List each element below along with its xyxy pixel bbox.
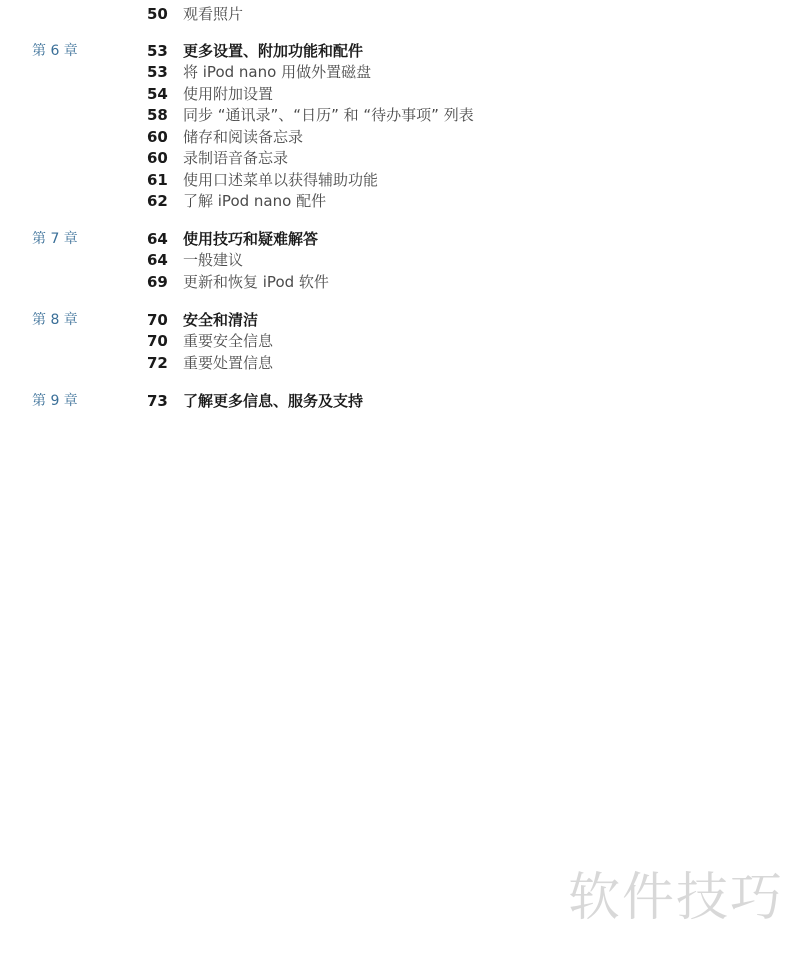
chapter-title[interactable]: 使用技巧和疑难解答: [183, 228, 318, 250]
page-number: 69: [147, 271, 168, 293]
page-number: 61: [147, 169, 168, 191]
chapter-label: 第 9 章: [32, 390, 78, 412]
chapter-label: 第 7 章: [32, 228, 78, 250]
page-number: 54: [147, 83, 168, 105]
chapter-title[interactable]: 更多设置、附加功能和配件: [183, 40, 363, 62]
page-number: 62: [147, 190, 168, 212]
entry-title[interactable]: 更新和恢复 iPod 软件: [183, 271, 329, 293]
entry-title[interactable]: 录制语音备忘录: [183, 147, 288, 169]
entry-title[interactable]: 同步 “通讯录”、“日历” 和 “待办事项” 列表: [183, 104, 474, 126]
page-number: 72: [147, 352, 168, 374]
toc-entry[interactable]: 54 使用附加设置: [0, 83, 800, 105]
page-number: 60: [147, 147, 168, 169]
entry-title[interactable]: 将 iPod nano 用做外置磁盘: [183, 61, 371, 83]
page-number: 53: [147, 61, 168, 83]
toc-entry[interactable]: 62 了解 iPod nano 配件: [0, 190, 800, 212]
toc-entry[interactable]: 64 一般建议: [0, 249, 800, 271]
entry-title[interactable]: 使用口述菜单以获得辅助功能: [183, 169, 378, 191]
entry-title[interactable]: 储存和阅读备忘录: [183, 126, 303, 148]
page-number: 64: [147, 228, 168, 250]
page-number: 73: [147, 390, 168, 412]
page-number: 60: [147, 126, 168, 148]
chapter-title[interactable]: 了解更多信息、服务及支持: [183, 390, 363, 412]
page-number: 58: [147, 104, 168, 126]
toc-entry[interactable]: 72 重要处置信息: [0, 352, 800, 374]
toc-page: 50 观看照片 第 6 章 53 更多设置、附加功能和配件 53 将 iPod …: [0, 0, 800, 962]
toc-entry[interactable]: 50 观看照片: [0, 3, 800, 25]
toc-chapter-entry[interactable]: 第 9 章 73 了解更多信息、服务及支持: [0, 390, 800, 412]
chapter-label: 第 8 章: [32, 309, 78, 331]
watermark: 软件技巧: [568, 866, 784, 930]
toc-entry[interactable]: 53 将 iPod nano 用做外置磁盘: [0, 61, 800, 83]
toc-entry[interactable]: 61 使用口述菜单以获得辅助功能: [0, 169, 800, 191]
entry-title[interactable]: 重要处置信息: [183, 352, 273, 374]
entry-title[interactable]: 重要安全信息: [183, 330, 273, 352]
toc-entry[interactable]: 60 储存和阅读备忘录: [0, 126, 800, 148]
chapter-title[interactable]: 安全和清洁: [183, 309, 258, 331]
toc-chapter-entry[interactable]: 第 7 章 64 使用技巧和疑难解答: [0, 228, 800, 250]
page-number: 70: [147, 330, 168, 352]
page-number: 50: [147, 3, 168, 25]
toc-chapter-entry[interactable]: 第 8 章 70 安全和清洁: [0, 309, 800, 331]
toc-entry[interactable]: 60 录制语音备忘录: [0, 147, 800, 169]
toc-chapter-entry[interactable]: 第 6 章 53 更多设置、附加功能和配件: [0, 40, 800, 62]
page-number: 64: [147, 249, 168, 271]
entry-title[interactable]: 一般建议: [183, 249, 243, 271]
toc-entry[interactable]: 70 重要安全信息: [0, 330, 800, 352]
entry-title[interactable]: 了解 iPod nano 配件: [183, 190, 326, 212]
entry-title[interactable]: 使用附加设置: [183, 83, 273, 105]
chapter-label: 第 6 章: [32, 40, 78, 62]
page-number: 53: [147, 40, 168, 62]
toc-entry[interactable]: 69 更新和恢复 iPod 软件: [0, 271, 800, 293]
entry-title[interactable]: 观看照片: [183, 3, 243, 25]
toc-entry[interactable]: 58 同步 “通讯录”、“日历” 和 “待办事项” 列表: [0, 104, 800, 126]
page-number: 70: [147, 309, 168, 331]
